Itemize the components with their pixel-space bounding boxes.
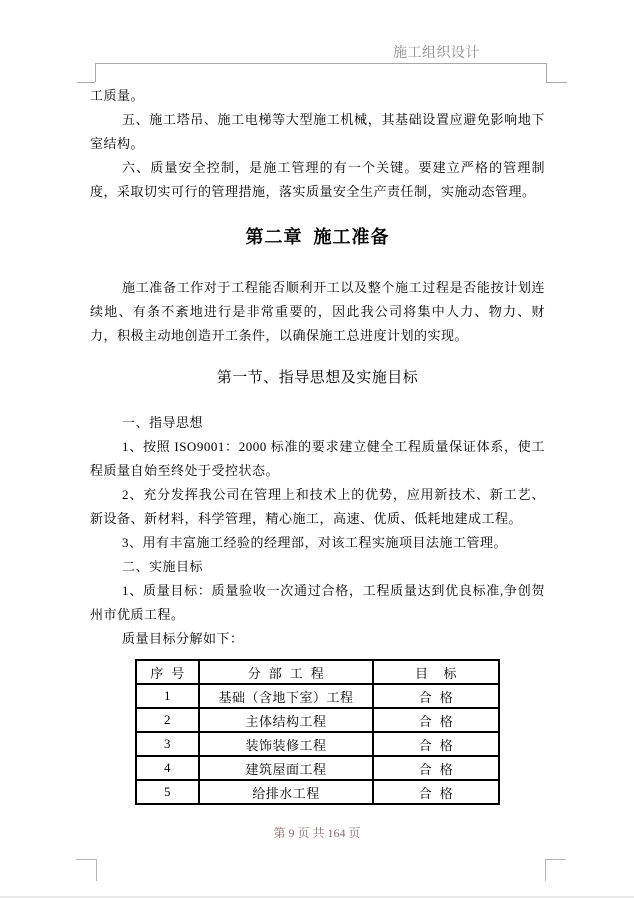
cell-target: 合 格 [373,780,499,804]
guiding-thought-heading: 一、指导思想 [90,411,545,435]
paragraph-item-6: 六、质量安全控制，是施工管理的有一个关键。要建立严格的管理制度，采取切实可行的管… [90,156,545,204]
paragraph-item-5: 五、施工塔吊、施工电梯等大型施工机械，其基础设置应避免影响地下室结构。 [90,108,545,156]
page-number-indicator: 第 9 页 共 164 页 [0,825,634,841]
cell-subwork: 建筑屋面工程 [199,756,373,780]
guiding-thought-item-2: 2、充分发挥我公司在管理上和技术上的优势，应用新技术、新工艺、新设备、新材料，科… [90,483,545,531]
quality-target-item-1: 1、质量目标：质量验收一次通过合格，工程质量达到优良标准,争创贺州市优质工程。 [90,579,545,627]
table-row: 1 基础（含地下室）工程 合 格 [136,684,499,708]
cell-serial: 4 [136,756,199,780]
header-rule [95,63,546,64]
column-header-subwork: 分 部 工 程 [199,660,373,684]
document-content: 工质量。 五、施工塔吊、施工电梯等大型施工机械，其基础设置应避免影响地下室结构。… [90,84,545,805]
column-header-target: 目 标 [373,660,499,684]
table-row: 4 建筑屋面工程 合 格 [136,756,499,780]
guiding-thought-item-1: 1、按照 ISO9001：2000 标准的要求建立健全工程质量保证体系，使工程质… [90,435,545,483]
document-page: 施工组织设计 工质量。 五、施工塔吊、施工电梯等大型施工机械，其基础设置应避免影… [0,0,634,898]
cell-target: 合 格 [373,684,499,708]
page-header-title: 施工组织设计 [393,46,480,62]
table-caption: 质量目标分解如下： [90,627,545,651]
footer-margin-mark-left [76,859,96,860]
cell-subwork: 给排水工程 [199,780,373,804]
cell-serial: 2 [136,708,199,732]
chapter-intro-paragraph: 施工准备工作对于工程能否顺利开工以及整个施工过程是否能按计划连续地、有条不紊地进… [90,276,545,348]
chapter-heading: 第二章 施工准备 [90,224,545,250]
cell-target: 合 格 [373,708,499,732]
table-row: 3 装饰装修工程 合 格 [136,732,499,756]
cell-serial: 5 [136,780,199,804]
footer-margin-mark-right [545,859,566,860]
table-header-row: 序 号 分 部 工 程 目 标 [136,660,499,684]
cell-subwork: 基础（含地下室）工程 [199,684,373,708]
header-rule-right-notch [546,63,547,82]
table-row: 5 给排水工程 合 格 [136,780,499,804]
paragraph-continuation: 工质量。 [90,84,545,108]
guiding-thought-item-3: 3、用有丰富施工经验的经理部，对该工程实施项目法施工管理。 [90,531,545,555]
header-rule-left-notch [95,63,96,82]
header-rule-right-notch [546,82,567,83]
footer-margin-mark-left [96,859,97,881]
cell-serial: 1 [136,684,199,708]
cell-target: 合 格 [373,732,499,756]
section-heading: 第一节、指导思想及实施目标 [90,368,545,389]
cell-subwork: 装饰装修工程 [199,732,373,756]
cell-subwork: 主体结构工程 [199,708,373,732]
column-header-serial: 序 号 [136,660,199,684]
table-row: 2 主体结构工程 合 格 [136,708,499,732]
footer-margin-mark-right [545,859,546,881]
cell-serial: 3 [136,732,199,756]
cell-target: 合 格 [373,756,499,780]
header-rule-left-notch [77,82,95,83]
quality-targets-table: 序 号 分 部 工 程 目 标 1 基础（含地下室）工程 合 格 2 主体结构工… [135,659,500,805]
implementation-target-heading: 二、实施目标 [90,555,545,579]
